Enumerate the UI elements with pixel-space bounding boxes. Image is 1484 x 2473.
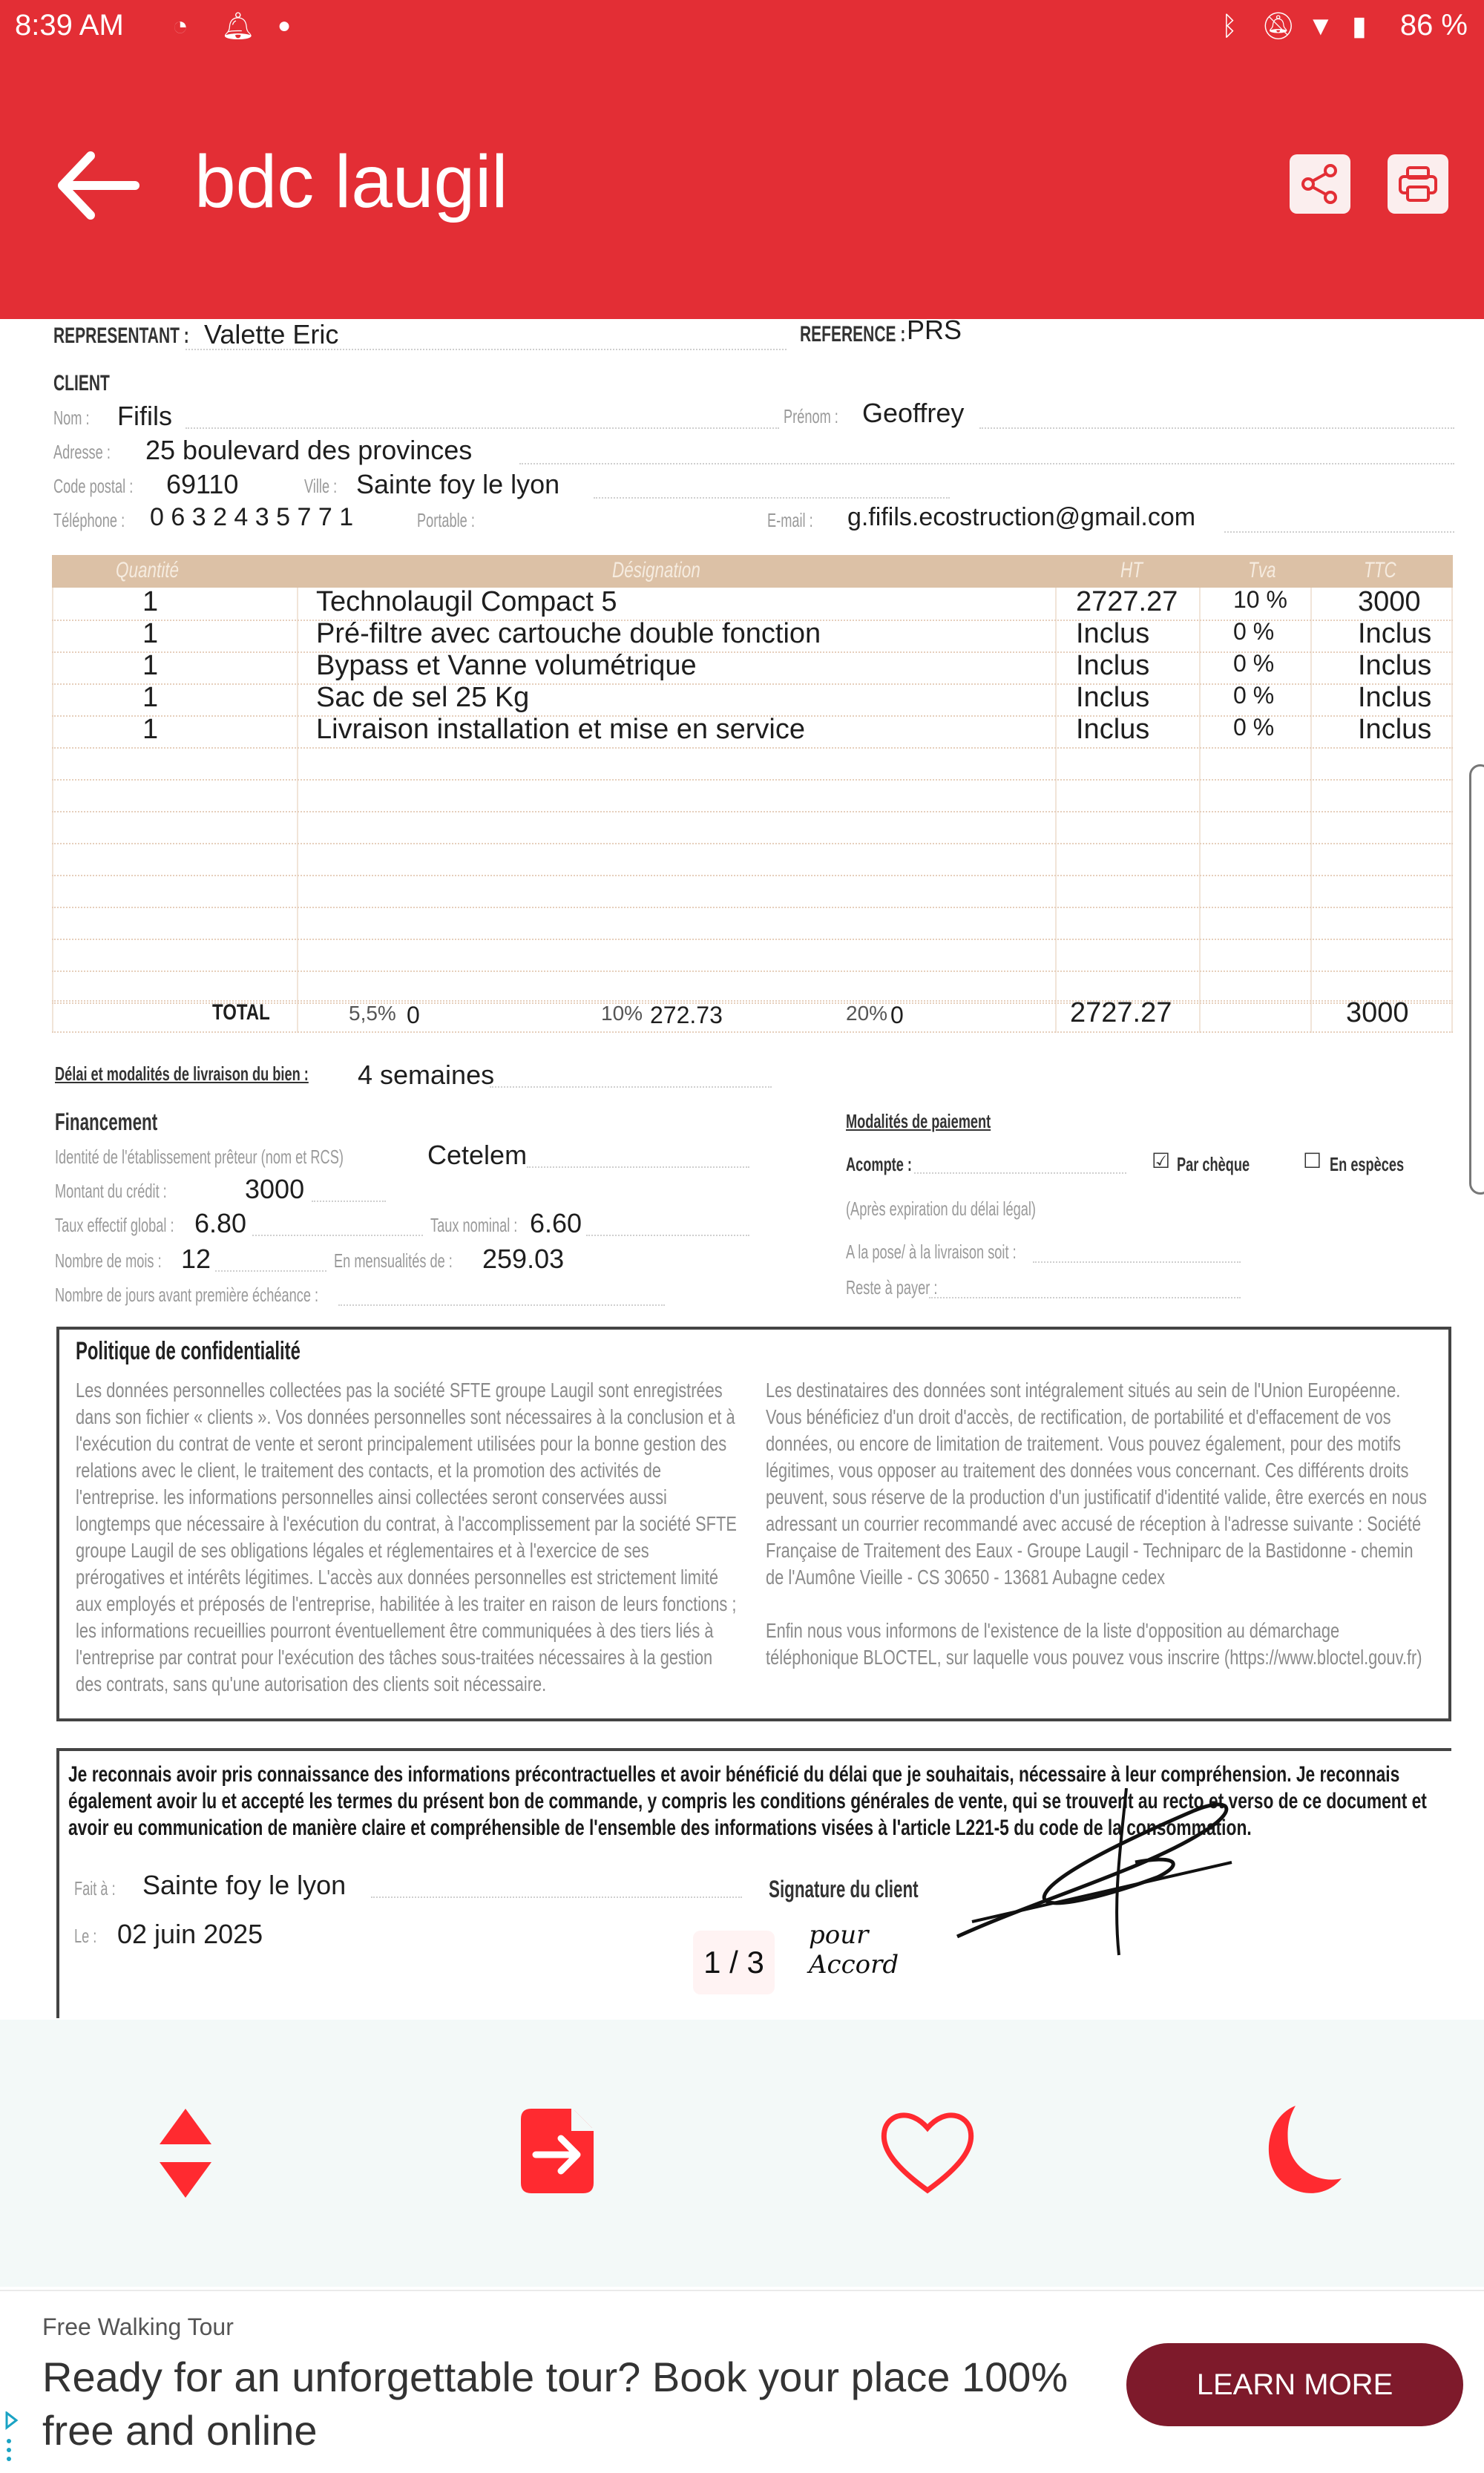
- favorite-button[interactable]: [876, 2101, 979, 2205]
- mensualites-label: En mensualités de :: [334, 1249, 453, 1272]
- representant-value: Valette Eric: [204, 319, 338, 350]
- jours-label: Nombre de jours avant première échéance …: [55, 1284, 318, 1307]
- row-designation: Pré-filtre avec cartouche double fonctio…: [316, 618, 821, 650]
- code-postal-label: Code postal :: [53, 475, 133, 498]
- representant-label: REPRESENTANT :: [53, 324, 189, 349]
- vat-55-label: 5,5%: [349, 1002, 396, 1025]
- telephone-value: 0 6 3 2 4 3 5 7 7 1: [150, 503, 353, 532]
- ad-source: Free Walking Tour: [42, 2313, 234, 2341]
- row-quantity: 1: [142, 618, 158, 650]
- montant-label: Montant du crédit :: [55, 1180, 167, 1203]
- handwritten-note: pour Accord: [809, 1920, 890, 1980]
- fait-a-label: Fait à :: [74, 1877, 116, 1900]
- document-title: bdc laugil: [194, 139, 508, 225]
- prenom-value: Geoffrey: [862, 398, 964, 429]
- reference-label: REFERENCE :: [800, 322, 905, 347]
- reference-value: PRS: [907, 319, 962, 346]
- especes-label: En espèces: [1330, 1153, 1404, 1176]
- telephone-label: Téléphone :: [53, 509, 125, 532]
- row-tva: 0 %: [1233, 682, 1274, 709]
- portable-label: Portable :: [417, 509, 475, 532]
- prenom-label: Prénom :: [784, 405, 838, 428]
- share-icon: [1298, 162, 1342, 206]
- cheque-label: Par chèque: [1177, 1153, 1250, 1176]
- vat-20-value: 0: [890, 1002, 904, 1029]
- montant-value: 3000: [245, 1174, 304, 1205]
- ad-banner[interactable]: Free Walking Tour Ready for an unforgett…: [0, 2290, 1484, 2473]
- apres-label: (Après expiration du délai légal): [846, 1198, 1036, 1221]
- teg-value: 6.80: [194, 1208, 246, 1239]
- preteur-value: Cetelem: [427, 1140, 527, 1171]
- bluetooth-icon: ᛒ: [1221, 10, 1238, 42]
- signature-label: Signature du client: [769, 1876, 919, 1903]
- especes-checkbox[interactable]: ☐: [1303, 1149, 1322, 1173]
- delai-label: Délai et modalités de livraison du bien …: [55, 1063, 309, 1086]
- night-mode-button[interactable]: [1247, 2101, 1350, 2205]
- cheque-checkbox[interactable]: ☑: [1152, 1149, 1170, 1173]
- reste-label: Reste à payer :: [846, 1276, 937, 1299]
- row-designation: Sac de sel 25 Kg: [316, 682, 529, 714]
- ville-label: Ville :: [304, 475, 337, 498]
- go-to-page-button[interactable]: [505, 2101, 608, 2205]
- vat-10-label: 10%: [601, 1002, 643, 1025]
- document-page[interactable]: REPRESENTANT : Valette Eric REFERENCE : …: [0, 319, 1484, 2018]
- mute-icon: 🔕︎: [1261, 10, 1296, 42]
- scroll-direction-button[interactable]: [134, 2101, 237, 2205]
- financement-heading: Financement: [55, 1109, 157, 1136]
- bottom-toolbar: [0, 2020, 1484, 2287]
- row-designation: Livraison installation et mise en servic…: [316, 714, 805, 746]
- table-header: Quantité Désignation HT Tva TTC: [52, 555, 1453, 588]
- total-ttc: 3000: [1346, 997, 1409, 1029]
- ville-value: Sainte foy le lyon: [356, 469, 559, 500]
- battery-level: 86 %: [1400, 9, 1468, 42]
- moon-icon: [1247, 2101, 1350, 2205]
- wifi-icon: ▼: [1307, 10, 1334, 42]
- mensualites-value: 259.03: [482, 1244, 564, 1275]
- privacy-heading: Politique de confidentialité: [76, 1337, 301, 1366]
- nb-mois-value: 12: [181, 1244, 211, 1275]
- row-quantity: 1: [142, 682, 158, 714]
- header-quantite: Quantité: [116, 558, 179, 583]
- ad-choices-icon[interactable]: [4, 2411, 19, 2471]
- total-label: TOTAL: [212, 1000, 270, 1025]
- delai-value: 4 semaines: [358, 1060, 494, 1091]
- row-ht: Inclus: [1076, 682, 1149, 714]
- learn-more-button[interactable]: LEARN MORE: [1126, 2343, 1463, 2426]
- vat-10-value: 272.73: [650, 1002, 723, 1029]
- vat-55-value: 0: [407, 1002, 420, 1029]
- row-ht: Inclus: [1076, 618, 1149, 650]
- arrow-left-icon: [53, 148, 142, 223]
- row-ttc: Inclus: [1358, 682, 1431, 714]
- vat-20-label: 20%: [846, 1002, 887, 1025]
- battery-icon: ▮: [1352, 10, 1367, 42]
- header-designation: Désignation: [612, 558, 700, 583]
- row-ttc: 3000: [1358, 586, 1421, 618]
- row-tva: 0 %: [1233, 618, 1274, 646]
- client-heading: CLIENT: [53, 371, 110, 396]
- header-tva: Tva: [1248, 558, 1276, 583]
- row-ht: Inclus: [1076, 714, 1149, 746]
- acompte-label: Acompte :: [846, 1153, 912, 1176]
- print-button[interactable]: [1388, 154, 1448, 214]
- page-arrow-icon: [505, 2101, 608, 2205]
- row-tva: 0 %: [1233, 714, 1274, 741]
- email-value: g.fifils.ecostruction@gmail.com: [847, 503, 1195, 532]
- nom-value: Fifils: [117, 401, 172, 432]
- row-ttc: Inclus: [1358, 650, 1431, 682]
- print-icon: [1396, 162, 1440, 206]
- client-signature: [950, 1788, 1261, 1959]
- paiement-heading: Modalités de paiement: [846, 1110, 991, 1133]
- adresse-label: Adresse :: [53, 441, 111, 464]
- taux-nominal-value: 6.60: [530, 1208, 582, 1239]
- sync-icon: ◔: [172, 10, 188, 42]
- up-down-arrows-icon: [134, 2101, 237, 2205]
- pose-label: A la pose/ à la livraison soit :: [846, 1241, 1017, 1264]
- header-ttc: TTC: [1364, 558, 1396, 583]
- date-value: 02 juin 2025: [117, 1919, 263, 1950]
- row-designation: Technolaugil Compact 5: [316, 586, 617, 618]
- row-ht: 2727.27: [1076, 586, 1178, 618]
- adresse-value: 25 boulevard des provinces: [145, 435, 472, 466]
- app-bar: 8:39 AM ◔ 🔔︎ ● ᛒ 🔕︎ ▼ ▮ 86 % bdc laugil: [0, 0, 1484, 319]
- status-bar: 8:39 AM ◔ 🔔︎ ● ᛒ 🔕︎ ▼ ▮ 86 %: [0, 0, 1484, 56]
- row-quantity: 1: [142, 650, 158, 682]
- notification-bell-icon: 🔔︎: [221, 10, 255, 42]
- preteur-label: Identité de l'établissement prêteur (nom…: [55, 1146, 344, 1169]
- privacy-text-left: Les données personnelles collectées pas …: [76, 1377, 743, 1698]
- fait-a-value: Sainte foy le lyon: [142, 1870, 346, 1901]
- row-ttc: Inclus: [1358, 618, 1431, 650]
- dot-icon: ●: [278, 13, 291, 39]
- header-ht: HT: [1120, 558, 1143, 583]
- le-label: Le :: [74, 1925, 96, 1948]
- taux-nominal-label: Taux nominal :: [430, 1214, 517, 1237]
- row-tva: 0 %: [1233, 650, 1274, 677]
- teg-label: Taux effectif global :: [55, 1214, 174, 1237]
- row-tva: 10 %: [1233, 586, 1287, 614]
- row-ht: Inclus: [1076, 650, 1149, 682]
- row-ttc: Inclus: [1358, 714, 1431, 746]
- ad-headline[interactable]: Ready for an unforgettable tour? Book yo…: [42, 2351, 1096, 2457]
- row-designation: Bypass et Vanne volumétrique: [316, 650, 697, 682]
- privacy-policy-box: Politique de confidentialité Les données…: [56, 1327, 1451, 1721]
- share-button[interactable]: [1290, 154, 1350, 214]
- email-label: E-mail :: [767, 509, 813, 532]
- row-quantity: 1: [142, 586, 158, 618]
- nb-mois-label: Nombre de mois :: [55, 1249, 162, 1272]
- nom-label: Nom :: [53, 407, 90, 430]
- total-ht: 2727.27: [1070, 997, 1172, 1029]
- privacy-text-right: Les destinataires des données sont intég…: [766, 1377, 1434, 1671]
- scroll-handle[interactable]: [1469, 764, 1484, 1195]
- status-time: 8:39 AM: [15, 9, 124, 42]
- page-indicator: 1 / 3: [693, 1931, 775, 1994]
- back-button[interactable]: [53, 148, 142, 223]
- code-postal-value: 69110: [166, 469, 238, 500]
- row-quantity: 1: [142, 714, 158, 746]
- heart-outline-icon: [876, 2101, 979, 2205]
